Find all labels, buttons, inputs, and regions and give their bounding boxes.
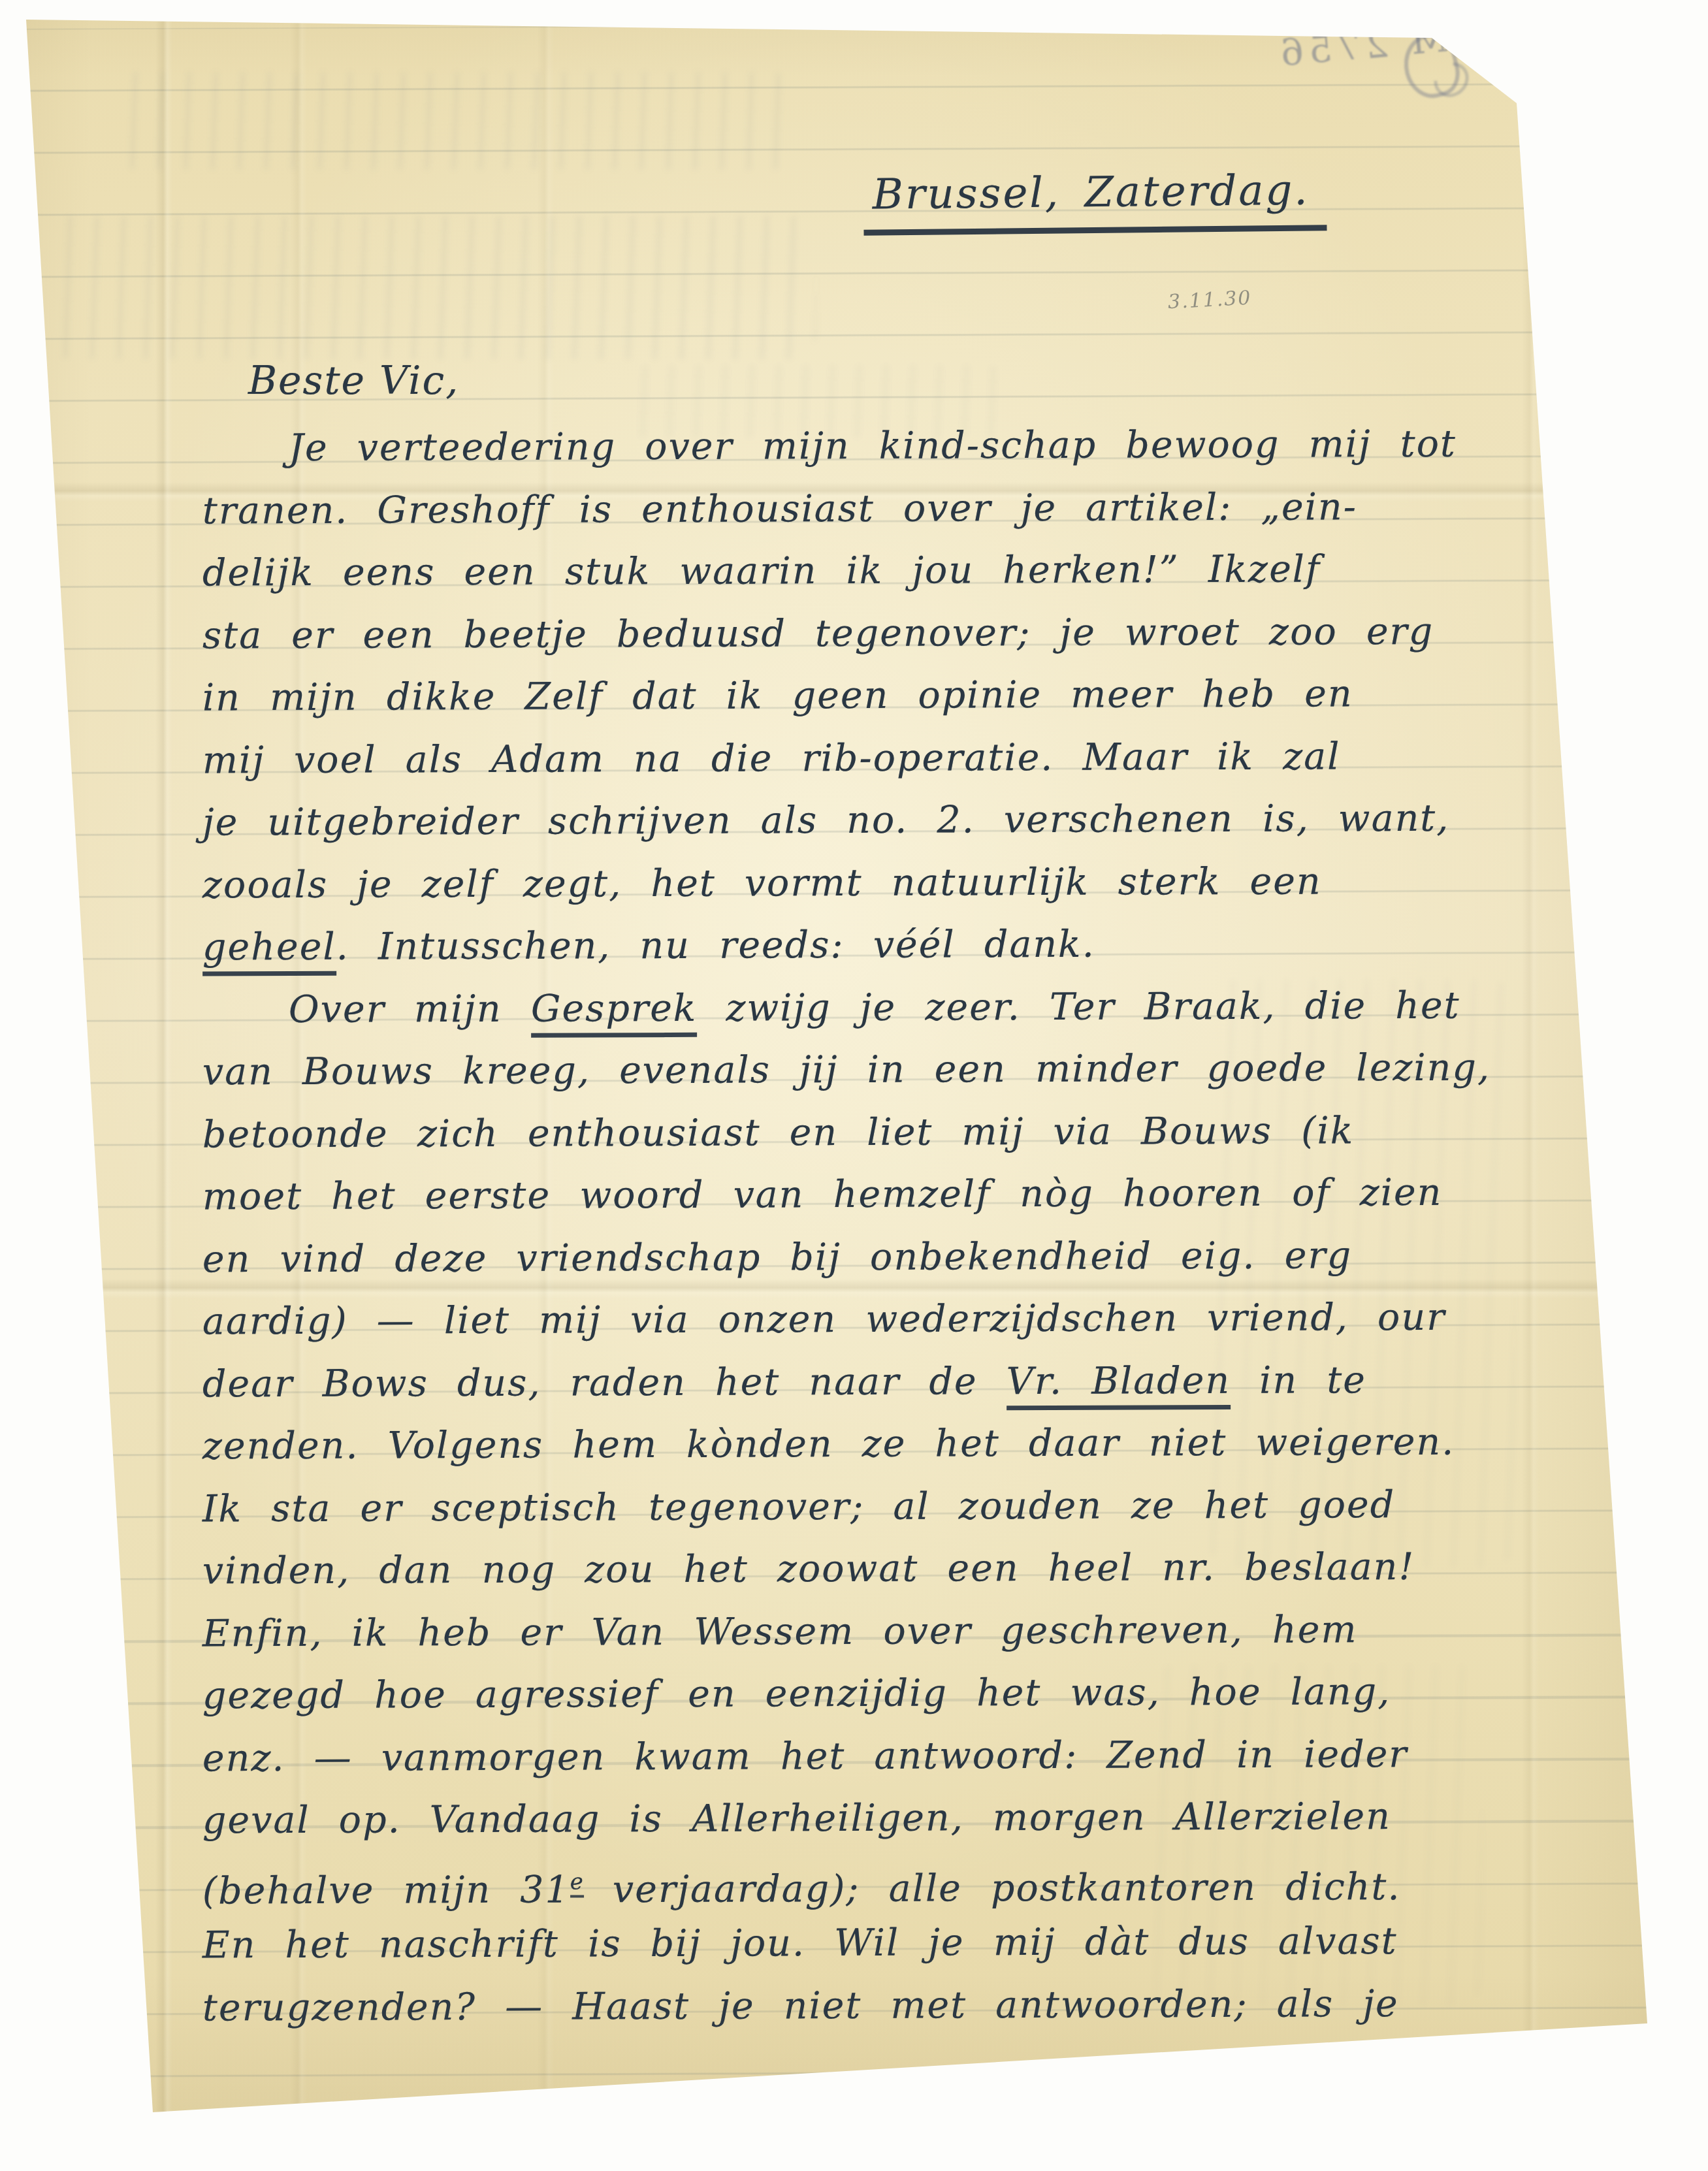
letter-line: enz. — vanmorgen kwam het antwoord: Zend… — [0, 1722, 1708, 1791]
letter-text-segment: delijk eens een stuk waarin ik jou herke… — [202, 548, 1321, 595]
letter-text-segment: terugzenden? — Haast je niet met antwoor… — [202, 1982, 1399, 2029]
letter-line: moet het eerste woord van hemzelf nòg ho… — [0, 1161, 1708, 1229]
letter-text-segment: zenden. Volgens hem kònden ze het daar n… — [202, 1421, 1455, 1468]
letter-line: sta er een beetje beduusd tegenover; je … — [0, 600, 1708, 668]
letter-line: delijk eens een stuk waarin ik jou herke… — [0, 537, 1708, 605]
letter-line: En het naschrift is bij jou. Wil je mij … — [0, 1909, 1708, 1978]
letter-line: Over mijn Gesprek zwijg je zeer. Ter Bra… — [0, 974, 1708, 1042]
letter-text-segment: vinden, dan nog zou het zoowat een heel … — [202, 1545, 1415, 1592]
letter-line: en vind deze vriendschap bij onbekendhei… — [0, 1223, 1708, 1292]
letter-text-segment: in te — [1231, 1359, 1366, 1402]
letter-line: mij voel als Adam na die rib-operatie. M… — [0, 724, 1708, 793]
letter-line: geheel. Intusschen, nu reeds: véél dank. — [0, 911, 1708, 980]
letter-line: in mijn dikke Zelf dat ik geen opinie me… — [0, 662, 1708, 730]
letter-text-segment: betoonde zich enthousiast en liet mij vi… — [202, 1109, 1354, 1156]
letter-text-segment: je uitgebreider schrijven als no. 2. ver… — [202, 797, 1450, 844]
letter-text-segment: moet het eerste woord van hemzelf nòg ho… — [202, 1171, 1443, 1219]
letter-text-segment: sta er een beetje beduusd tegenover; je … — [202, 609, 1434, 657]
letter-text-segment: enz. — vanmorgen kwam het antwoord: Zend… — [202, 1733, 1408, 1780]
letter-line: zenden. Volgens hem kònden ze het daar n… — [0, 1410, 1708, 1479]
letter-line: (behalve mijn 31e verjaardag); alle post… — [0, 1847, 1708, 1916]
letter-text-segment: . Intusschen, nu reeds: véél dank. — [336, 923, 1095, 969]
letter-text-segment: geheel — [202, 925, 336, 976]
letter-text-segment: geval op. Vandaag is Allerheiligen, morg… — [202, 1795, 1391, 1842]
letter-text-segment: zwijg je zeer. Ter Braak, die het — [697, 984, 1460, 1029]
letter-text-segment: aardig) — liet mij via onzen wederzijdsc… — [202, 1296, 1446, 1343]
letter-text-segment: En het naschrift is bij jou. Wil je mij … — [202, 1920, 1398, 1967]
letter-text-segment: Over mijn — [289, 987, 531, 1031]
letter-line: tranen. Greshoff is enthousiast over je … — [0, 475, 1708, 543]
letter-line: Enfin, ik heb er Van Wessem over geschre… — [0, 1598, 1708, 1666]
letter-text-segment: gezegd hoe agressief en eenzijdig het wa… — [202, 1670, 1391, 1717]
letter-line: dear Bows dus, raden het naar de Vr. Bla… — [0, 1348, 1708, 1417]
letter-text-segment: Vr. Bladen — [1007, 1359, 1231, 1409]
letter-line: je uitgebreider schrijven als no. 2. ver… — [0, 786, 1708, 855]
letter-text-segment: mij voel als Adam na die rib-operatie. M… — [202, 735, 1341, 782]
pencil-date-note: 3.11.30 — [1167, 287, 1252, 314]
salutation: Beste Vic, — [248, 358, 459, 404]
letter-sheet: M 2756 3.11.30 Brussel, Zaterdag. Beste … — [0, 0, 1708, 2171]
letter-text-segment: Je verteedering over mijn kind-schap bew… — [289, 423, 1457, 470]
letter-text-segment: van Bouws kreeg, evenals jij in een mind… — [202, 1046, 1490, 1094]
letter-line: terugzenden? — Haast je niet met antwoor… — [0, 1972, 1708, 2040]
letter-text-segment: in mijn dikke Zelf dat ik geen opinie me… — [202, 672, 1353, 719]
letter-text-segment: zooals je zelf zegt, het vormt natuurlij… — [202, 860, 1322, 907]
letter-body: Je verteedering over mijn kind-schap bew… — [0, 415, 1708, 2037]
letter-text-segment: verjaardag); alle postkantoren dicht. — [584, 1865, 1401, 1911]
dateline: Brussel, Zaterdag. — [863, 166, 1327, 235]
letter-text-segment: Enfin, ik heb er Van Wessem over geschre… — [202, 1608, 1358, 1655]
letter-line: gezegd hoe agressief en eenzijdig het wa… — [0, 1660, 1708, 1728]
letter-text-segment: Gesprek — [531, 986, 698, 1037]
letter-line: geval op. Vandaag is Allerheiligen, morg… — [0, 1784, 1708, 1853]
letter-text-segment: e — [570, 1869, 584, 1897]
letter-line: Ik sta er sceptisch tegenover; al zouden… — [0, 1473, 1708, 1541]
letter-line: van Bouws kreeg, evenals jij in een mind… — [0, 1036, 1708, 1104]
letter-line: vinden, dan nog zou het zoowat een heel … — [0, 1535, 1708, 1603]
letter-text-segment: tranen. Greshoff is enthousiast over je … — [202, 485, 1357, 532]
letter-line: betoonde zich enthousiast en liet mij vi… — [0, 1099, 1708, 1167]
ink-bleedthrough — [111, 72, 797, 170]
letter-line: Je verteedering over mijn kind-schap bew… — [0, 412, 1708, 481]
letter-text-segment: Ik sta er sceptisch tegenover; al zouden… — [202, 1483, 1396, 1530]
letter-line: aardig) — liet mij via onzen wederzijdsc… — [0, 1285, 1708, 1354]
ink-bleedthrough — [46, 216, 816, 359]
letter-text-segment: (behalve mijn 31 — [202, 1868, 570, 1912]
letter-text-segment: dear Bows dus, raden het naar de — [202, 1360, 1007, 1406]
letter-text-segment: en vind deze vriendschap bij onbekendhei… — [202, 1234, 1352, 1281]
letter-line: zooals je zelf zegt, het vormt natuurlij… — [0, 849, 1708, 918]
